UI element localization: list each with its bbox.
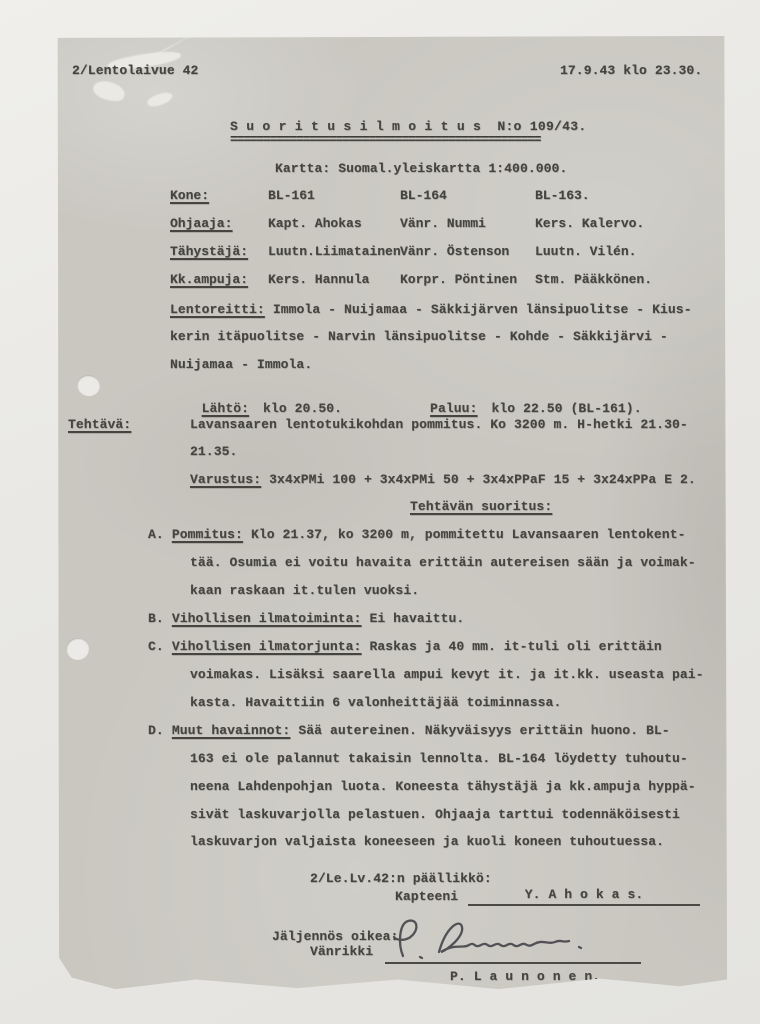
item-c-line-1: C.Vihollisen ilmatorjunta:Raskas ja 40 m… [148, 638, 662, 656]
item-d-line-1: D.Muut havainnot:Sää autereinen. Näkyväi… [148, 722, 670, 740]
item-d-line-2: 163 ei ole palannut takaisin lennolta. B… [190, 750, 688, 768]
item-a-line-3: kaan raskaan it.tulen vuoksi. [190, 582, 419, 600]
crew-cell: BL-161 [268, 188, 400, 216]
item-a-marker: A. [148, 527, 164, 542]
certifier-name-typed: P. L a u n o n e n. [450, 968, 600, 986]
crew-cell: BL-164 [400, 188, 535, 216]
item-b-text: Ei havaittu. [369, 611, 464, 626]
equipment-value: 3x4xPMi 100 + 3x4xPMi 50 + 3x4xPPaF 15 +… [269, 472, 696, 487]
certifier-rank: Vänrikki [310, 943, 373, 961]
route-line-1: Lentoreitti:Immola - Nuijamaa - Säkkijär… [170, 301, 692, 319]
crew-cell: BL-163. [535, 188, 652, 216]
crew-cell: Kers. Kalervo. [535, 216, 652, 244]
punch-hole-top [75, 373, 102, 399]
mission-label: Tehtävä: [68, 416, 131, 434]
unit-designation: 2/Lentolaivue 42 [72, 62, 198, 80]
commander-rank: Kapteeni [395, 888, 458, 906]
mission-line-1: Lavansaaren lentotukikohdan pommitus. Ko… [190, 416, 688, 434]
departure-value: klo 20.50. [263, 401, 342, 416]
report-datetime: 17.9.43 klo 23.30. [560, 62, 702, 80]
map-reference: Kartta: Suomal.yleiskartta 1:400.000. [275, 160, 567, 178]
commander-title-line: 2/Le.Lv.42:n päällikkö: [310, 870, 492, 888]
paper-sheet: 2/Lentolaivue 42 17.9.43 klo 23.30. S u … [55, 36, 727, 991]
crew-cell: Luutn.Liimatainen [268, 244, 400, 272]
commander-name: Y. A h o k a s. [525, 887, 644, 902]
item-a-line-1: A.Pommitus:Klo 21.37, ko 3200 m, pommite… [148, 526, 686, 544]
item-b-marker: B. [148, 611, 164, 626]
departure-label: Lähtö: [202, 401, 249, 416]
equipment-label: Varustus: [190, 472, 261, 487]
punch-hole-bottom [65, 637, 91, 662]
item-d-line-4: sivät laskuvarjolla pelastuen. Ohjaaja t… [190, 806, 680, 824]
paper-damage-patch [91, 79, 126, 103]
paper-damage-patch [146, 91, 174, 108]
execution-heading: Tehtävän suoritus: [410, 498, 552, 516]
route-line-3: Nuijamaa - Immola. [170, 356, 312, 374]
crew-cell: Kers. Hannula [268, 272, 400, 300]
item-c-marker: C. [148, 639, 164, 654]
item-a-line-2: tää. Osumia ei voitu havaita erittäin au… [190, 554, 696, 572]
crew-table: Kone: BL-161 BL-164 BL-163. Ohjaaja: Kap… [170, 188, 652, 300]
return-label: Paluu: [430, 401, 477, 416]
crew-cell: Vänr. Nummi [400, 216, 535, 244]
route-text: Immola - Nuijamaa - Säkkijärven länsipuo… [273, 302, 692, 317]
certifier-signature-line [385, 941, 641, 964]
crew-row-label: Ohjaaja: [170, 216, 268, 244]
item-a-text: Klo 21.37, ko 3200 m, pommitettu Lavansa… [251, 527, 686, 542]
equipment-line: Varustus:3x4xPMi 100 + 3x4xPMi 50 + 3x4x… [190, 471, 696, 489]
crew-cell: Stm. Pääkkönen. [535, 272, 652, 300]
crew-row-label: Kone: [170, 188, 268, 216]
crew-row-label: Tähystäjä: [170, 244, 268, 272]
item-c-label: Vihollisen ilmatorjunta: [172, 639, 362, 654]
item-b-line-1: B.Vihollisen ilmatoiminta:Ei havaittu. [148, 610, 464, 628]
item-d-line-3: neena Lahdenpohjan luota. Koneesta tähys… [190, 778, 696, 796]
title-underline-rule: ========================================… [230, 131, 540, 149]
crew-row-label: Kk.ampuja: [170, 272, 268, 300]
item-c-line-3: kasta. Havaittiin 6 valonheittäjää toimi… [190, 694, 561, 712]
return-value: klo 22.50 (BL-161). [491, 401, 641, 416]
item-b-label: Vihollisen ilmatoiminta: [172, 611, 362, 626]
crew-cell: Kapt. Ahokas [268, 216, 400, 244]
item-d-marker: D. [148, 723, 164, 738]
mission-line-2: 21.35. [190, 443, 237, 461]
item-d-line-5: laskuvarjon valjaista koneeseen ja kuoli… [190, 833, 664, 851]
item-c-text: Raskas ja 40 mm. it-tuli oli erittäin [369, 639, 661, 654]
crew-cell: Luutn. Vilén. [535, 244, 652, 272]
commander-signature-line: Y. A h o k a s. [468, 885, 700, 906]
scanned-report-page: { "document": { "unit": "2/Lentolaivue 4… [0, 0, 760, 1024]
item-a-label: Pommitus: [172, 527, 243, 542]
crew-cell: Korpr. Pöntinen [400, 272, 535, 300]
crew-cell: Vänr. Östenson [400, 244, 535, 272]
item-d-text: Sää autereinen. Näkyväisyys erittäin huo… [298, 723, 669, 738]
route-label: Lentoreitti: [170, 302, 265, 317]
route-line-2: kerin itäpuolitse - Narvin länsipuolitse… [170, 328, 668, 346]
item-d-label: Muut havainnot: [172, 723, 291, 738]
item-c-line-2: voimakas. Lisäksi saarella ampui kevyt i… [190, 666, 704, 684]
